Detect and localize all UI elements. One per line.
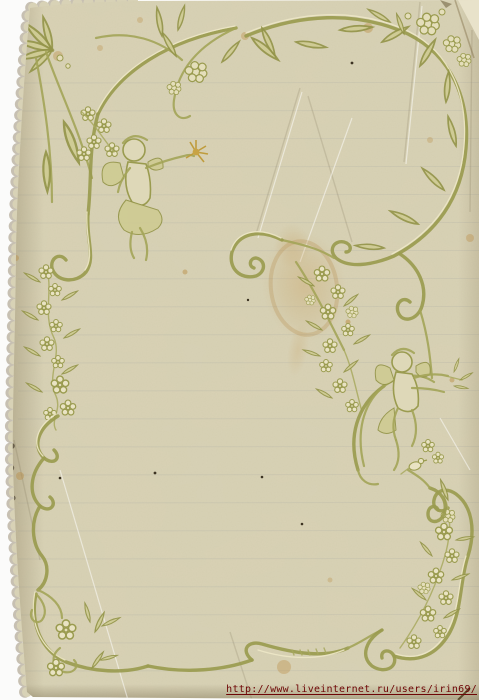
cherub-head xyxy=(123,139,145,161)
watermark-url: http://www.liveinternet.ru/users/irin69/ xyxy=(226,684,477,695)
stationery-artwork xyxy=(0,0,479,700)
cherub-head xyxy=(392,352,412,372)
scanned-stationery-image: http://www.liveinternet.ru/users/irin69/ xyxy=(0,0,479,700)
